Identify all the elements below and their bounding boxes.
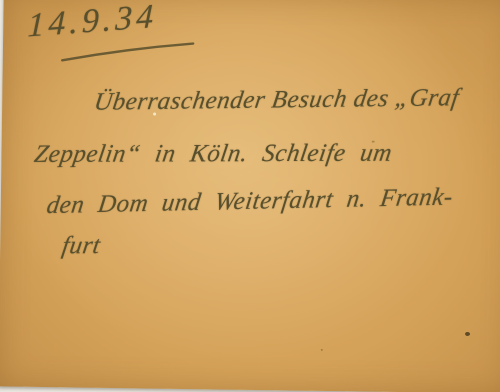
note-line: den Dom und Weiterfahrt n. Frank- <box>46 184 453 220</box>
note-card-paper: 14.9.34 Überraschender Besuch des „Graf … <box>0 0 500 392</box>
paper-speck <box>372 141 375 143</box>
paper-speck <box>321 349 323 351</box>
date-block: 14.9.34 <box>26 0 158 45</box>
note-line: Zeppelin“ in Köln. Schleife um <box>34 140 391 169</box>
date-underline <box>59 39 195 64</box>
scanned-note-stage: 14.9.34 Überraschender Besuch des „Graf … <box>0 0 500 392</box>
paper-speck <box>153 113 156 116</box>
note-line: furt <box>62 232 100 260</box>
paper-speck <box>465 332 470 336</box>
date-text: 14.9.34 <box>27 0 158 46</box>
note-line: Überraschender Besuch des „Graf <box>94 84 459 116</box>
